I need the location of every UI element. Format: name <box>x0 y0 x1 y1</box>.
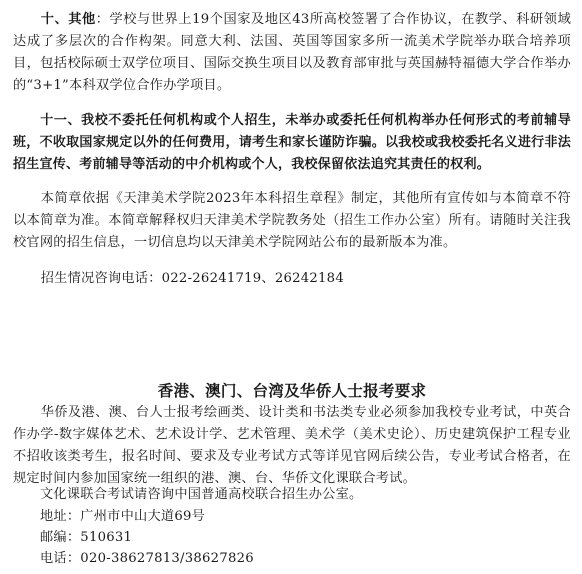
joint-exam-inquiry-line: 文化课联合考试请咨询中国普通高校联合招生办公室。 <box>13 484 363 506</box>
hk-requirements-paragraph: 华侨及港、澳、台人士报考绘画类、设计类和书法类专业必须参加我校专业考试，中英合作… <box>13 402 571 490</box>
section-11-paragraph: 十一、我校不委托任何机构或个人招生，未举办或委托任何机构举办任何形式的考前辅导班… <box>13 110 571 176</box>
postal-code-line: 邮编：510631 <box>13 527 132 549</box>
phone-line: 电话：020-38627813/38627826 <box>13 548 254 570</box>
address-line: 地址：广州市中山大道69号 <box>13 506 205 528</box>
hk-macau-taiwan-heading: 香港、澳门、台湾及华侨人士报考要求 <box>13 379 571 403</box>
admissions-contact-line: 招生情况咨询电话：022-26241719、26242184 <box>13 268 571 290</box>
section-10-paragraph: 十、其他：学校与世界上19个国家及地区43所高校签署了合作协议，在教学、科研领域… <box>13 9 571 97</box>
section-10-label: 十、其他 <box>41 12 96 27</box>
brochure-note-paragraph: 本简章依据《天津美术学院2023年本科招生章程》制定，其他所有宣传如与本简章不符… <box>13 188 571 254</box>
section-10-separator: ： <box>96 12 110 27</box>
